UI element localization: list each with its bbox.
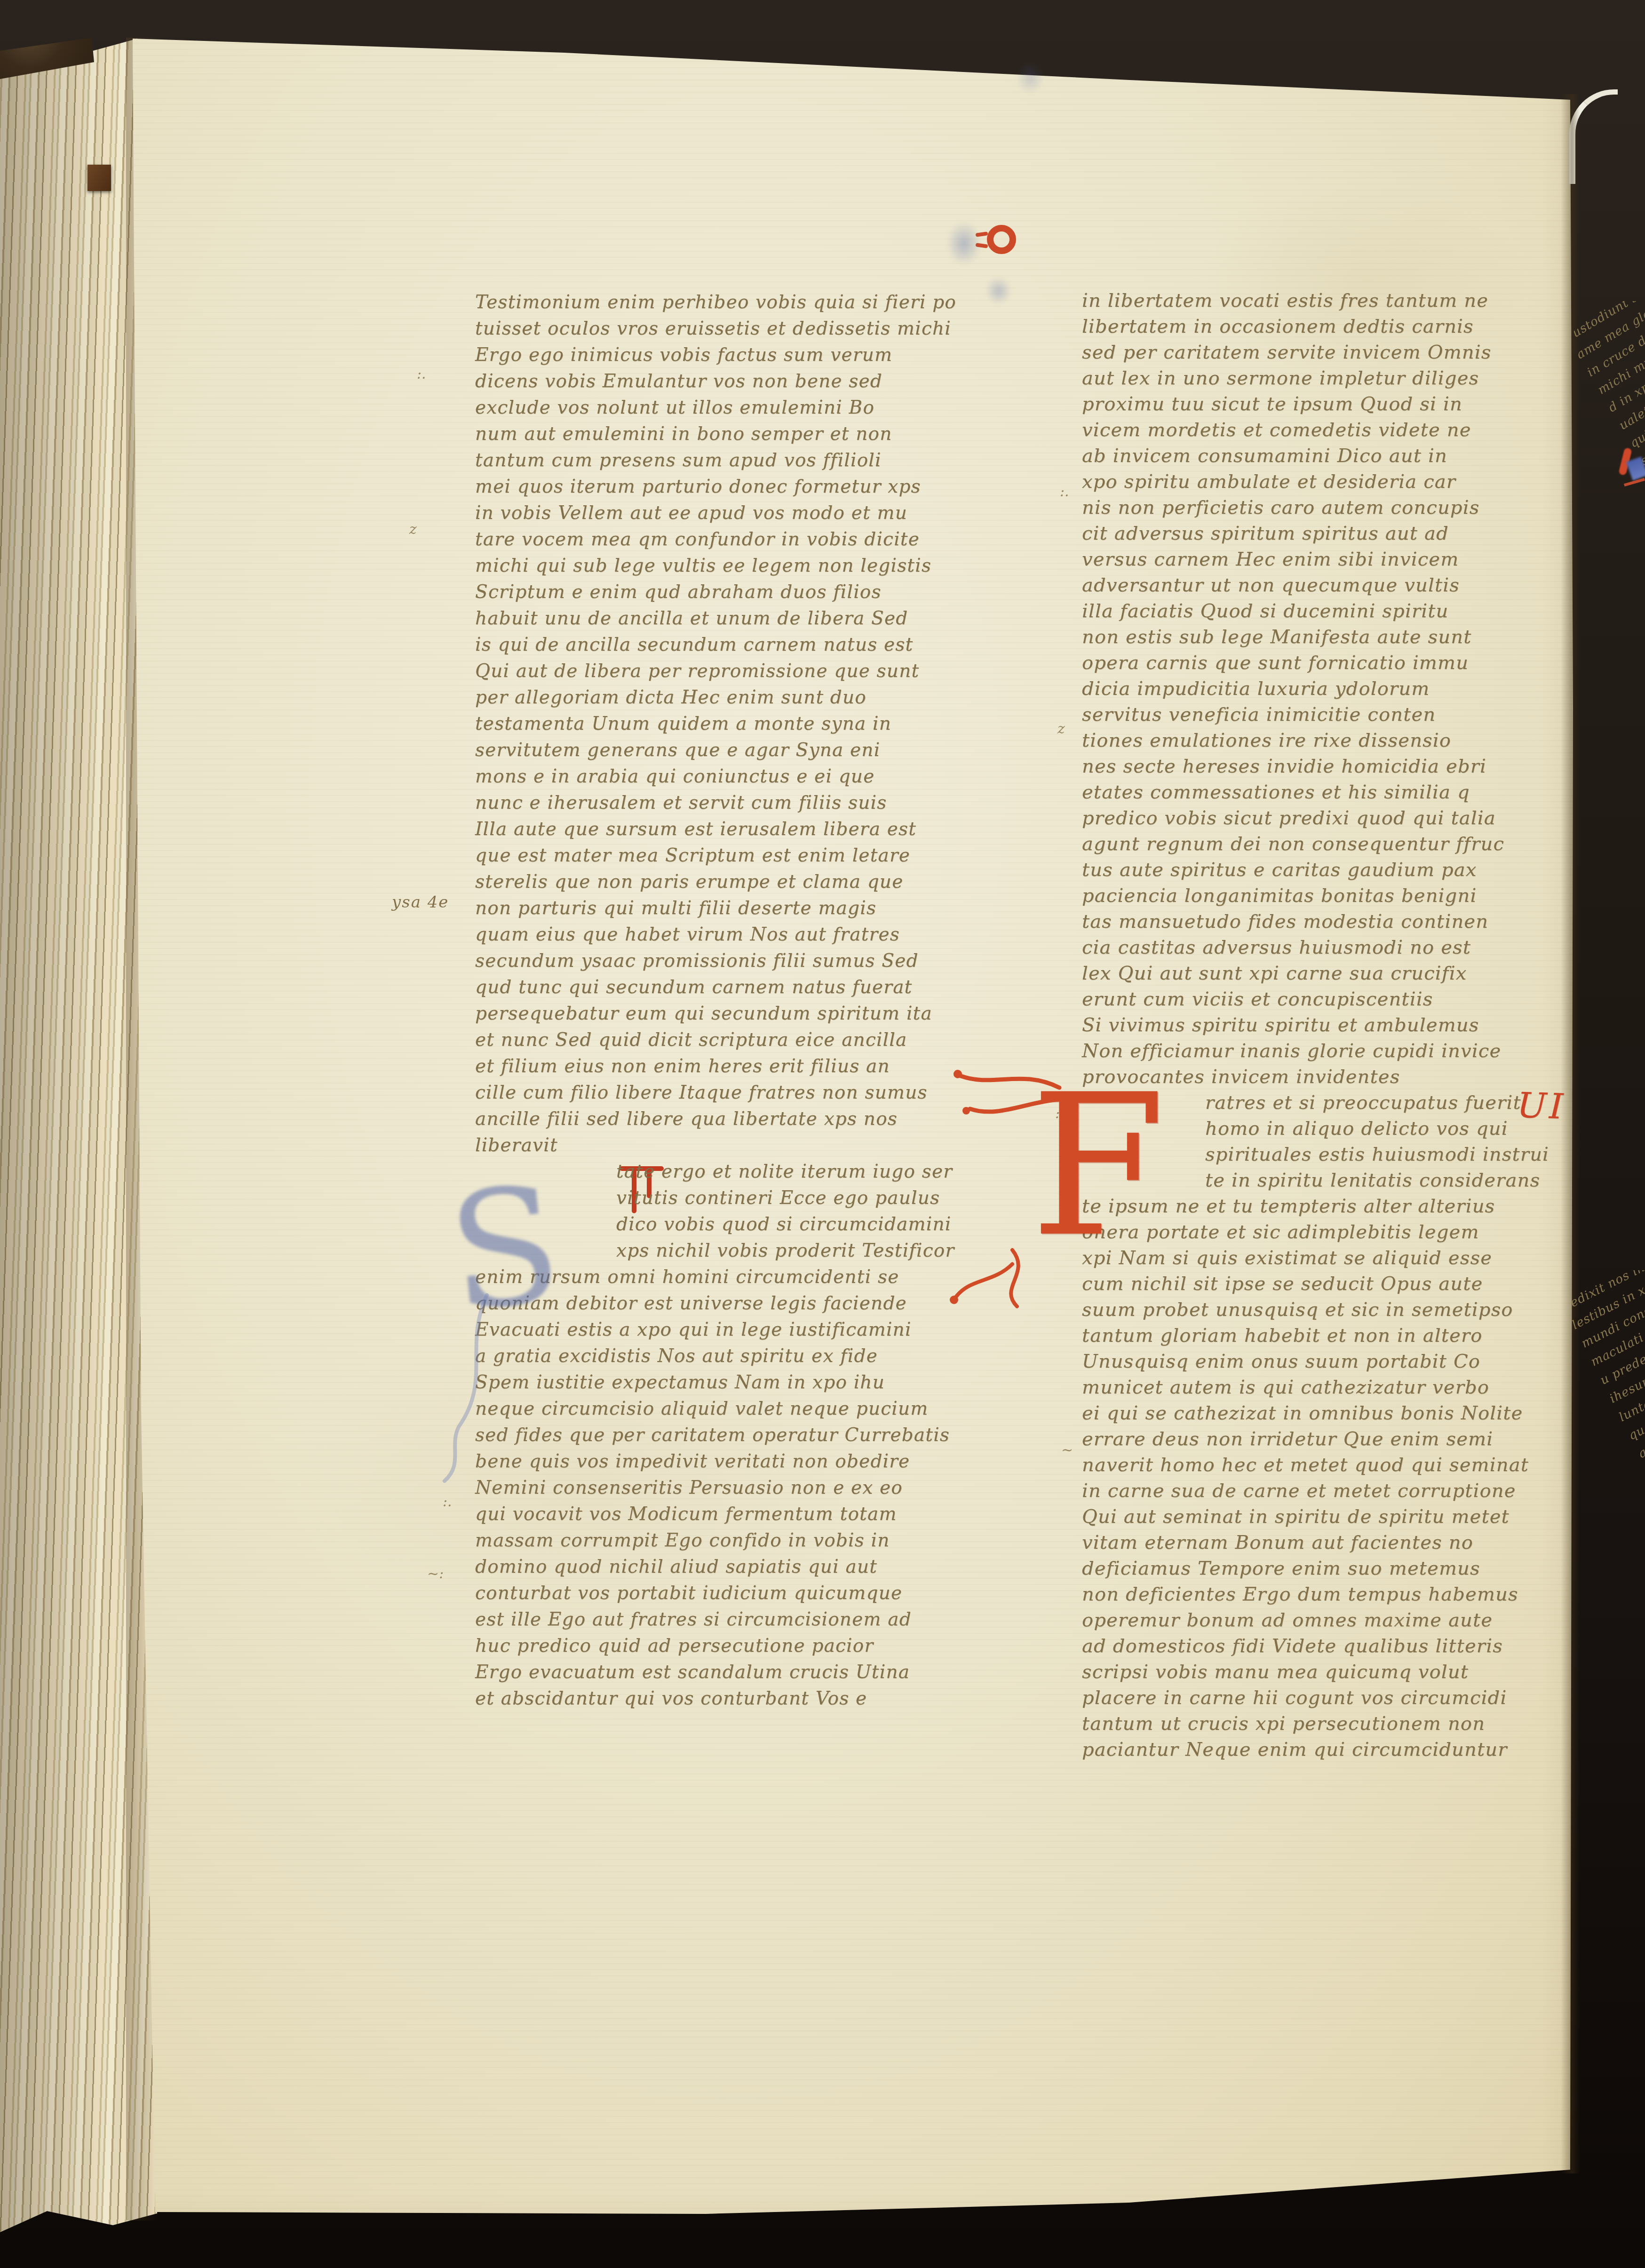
text-line: Si vivimus spiritu spiritu et ambulemus	[1082, 1012, 1529, 1038]
text-line: Ergo evacuatum est scandalum crucis Utin…	[475, 1659, 915, 1686]
text-line: homo in aliquo delicto vos qui	[1205, 1116, 1529, 1142]
text-line: et abscidantur qui vos conturbant Vos e	[475, 1686, 915, 1712]
text-line: suum probet unusquisq et sic in semetips…	[1082, 1297, 1529, 1323]
text-line: is qui de ancilla secundum carnem natus …	[475, 632, 915, 658]
text-line: domino quod nichil aliud sapiatis qui au…	[475, 1554, 915, 1580]
text-line: neque circumcisio aliquid valet neque pu…	[475, 1396, 915, 1422]
text-line: in libertatem vocati estis fres tantum n…	[1082, 288, 1529, 314]
text-line: naverit homo hec et metet quod qui semin…	[1082, 1452, 1529, 1478]
margin-paraph-mark: :.	[1060, 484, 1069, 500]
text-line: servitus veneficia inimicitie conten	[1082, 702, 1529, 728]
text-line: paciencia longanimitas bonitas benigni	[1082, 883, 1529, 909]
text-line: predico vobis sicut predixi quod qui tal…	[1082, 805, 1529, 831]
text-line: ei qui se cathezizat in omnibus bonis No…	[1082, 1401, 1529, 1426]
right-column-inset: F ratres et si preoccupatus fuerithomo i…	[1205, 1090, 1529, 1194]
text-line: dicia impudicitia luxuria ydolorum	[1082, 676, 1529, 702]
text-line: que est mater mea Scriptum est enim leta…	[475, 843, 915, 869]
fore-edge-text-lower: nedixit nos in omlestibus in xpomundi co…	[1571, 1270, 1645, 1745]
text-line: cille cum filio libere Itaque fratres no…	[475, 1080, 915, 1106]
text-line: tuisset oculos vros eruissetis et dediss…	[475, 316, 915, 342]
text-line: tiones emulationes ire rixe dissensio	[1082, 728, 1529, 754]
bookmark-tab	[87, 165, 111, 191]
text-line: tantum ut crucis xpi persecutionem non	[1082, 1711, 1529, 1737]
text-line: sed per caritatem servite invicem Omnis	[1082, 340, 1529, 366]
text-line: bene quis vos impedivit veritati non obe…	[475, 1448, 915, 1475]
text-line: cia castitas adversus huiusmodi no est	[1082, 935, 1529, 961]
blue-ink-smudge	[946, 221, 982, 266]
initial-F-flourish	[942, 1062, 1064, 1325]
text-line: secundum ysaac promissionis filii sumus …	[475, 948, 915, 974]
text-column-right: in libertatem vocati estis fres tantum n…	[1082, 288, 1529, 1763]
margin-paraph-mark: z	[409, 521, 417, 538]
text-line: te in spiritu lenitatis considerans	[1205, 1168, 1529, 1194]
left-column-upper-text: Testimonium enim perhibeo vobis quia si …	[475, 289, 915, 1159]
text-line: est ille Ego aut fratres si circumcision…	[475, 1607, 915, 1633]
text-line: qud tunc qui secundum carnem natus fuera…	[475, 974, 915, 1001]
margin-paraph-mark: :.	[417, 366, 426, 382]
text-line: Spem iustitie expectamus Nam in xpo ihu	[475, 1369, 915, 1396]
text-line: dico vobis quod si circumcidamini	[616, 1211, 915, 1238]
text-line: mons e in arabia qui coniunctus e ei que	[475, 764, 915, 790]
text-line: adversantur ut non quecumque vultis	[1082, 573, 1529, 598]
red-ring-ornament	[987, 225, 1016, 254]
text-line: non deficientes Ergo dum tempus habemus	[1082, 1582, 1529, 1607]
text-line: opera carnis que sunt fornicatio immu	[1082, 650, 1529, 676]
text-line: num aut emulemini in bono semper et non	[475, 421, 915, 447]
text-line: per allegoriam dicta Hec enim sunt duo	[475, 684, 915, 711]
text-line: errare deus non irridetur Que enim semi	[1082, 1426, 1529, 1452]
text-line: tantum gloriam habebit et non in altero	[1082, 1323, 1529, 1349]
text-line: nes secte hereses invidie homicidia ebri	[1082, 754, 1529, 780]
text-line: proximu tuu sicut te ipsum Quod si in	[1082, 391, 1529, 417]
margin-paraph-mark: z	[1057, 721, 1065, 737]
margin-paraph-mark: ~:	[427, 1566, 444, 1582]
text-line: vitutis contineri Ecce ego paulus	[616, 1185, 915, 1211]
text-line: sed fides que per caritatem operatur Cur…	[475, 1422, 915, 1448]
text-line: versus carnem Hec enim sibi invicem	[1082, 547, 1529, 573]
text-line: lex Qui aut sunt xpi carne sua crucifix	[1082, 961, 1529, 987]
text-line: libertatem in occasionem dedtis carnis	[1082, 314, 1529, 340]
text-line: et nunc Sed quid dicit scriptura eice an…	[475, 1027, 915, 1053]
text-line: non estis sub lege Manifesta aute sunt	[1082, 624, 1529, 650]
text-line: a gratia excidistis Nos aut spiritu ex f…	[475, 1343, 915, 1369]
text-line: ratres et si preoccupatus fuerit	[1205, 1090, 1529, 1116]
text-line: Testimonium enim perhibeo vobis quia si …	[475, 289, 915, 316]
manuscript-photo: ysa 4e :. z :. ~: :. z :. ~ Testimonium …	[0, 0, 1645, 2268]
text-line: xpo spiritu ambulate et desideria car	[1082, 469, 1529, 495]
text-line: massam corrumpit Ego confido in vobis in	[475, 1528, 915, 1554]
text-line: in vobis Vellem aut ee apud vos modo et …	[475, 500, 915, 526]
text-line: sterelis que non paris erumpe et clama q…	[475, 869, 915, 895]
text-line: huc predico quid ad persecutione pacior	[475, 1633, 915, 1659]
text-line: tare vocem mea qm confundor in vobis dic…	[475, 526, 915, 553]
text-line: mei quos iterum parturio donec formetur …	[475, 474, 915, 500]
text-line: qui vocavit vos Modicum fermentum totam	[475, 1501, 915, 1528]
text-line: tus aute spiritus e caritas gaudium pax	[1082, 857, 1529, 883]
text-line: et filium eius non enim heres erit filiu…	[475, 1053, 915, 1080]
text-line: Scriptum e enim qud abraham duos filios	[475, 579, 915, 605]
left-column-inset-text: tate ergo et nolite iterum iugo servitut…	[616, 1159, 915, 1264]
text-line: conturbat vos portabit iudicium quicumqu…	[475, 1580, 915, 1607]
text-line: in carne sua de carne et metet corruptio…	[1082, 1478, 1529, 1504]
text-line: aut lex in uno sermone impletur diliges	[1082, 366, 1529, 391]
text-line: cit adversus spiritum spiritus aut ad	[1082, 521, 1529, 547]
text-line: Unusquisq enim onus suum portabit Co	[1082, 1349, 1529, 1375]
margin-note-isaiah: ysa 4e	[392, 893, 449, 912]
margin-paraph-mark: ~	[1061, 1442, 1073, 1458]
text-line: michi qui sub lege vultis ee legem non l…	[475, 553, 915, 579]
text-line: testamenta Unum quidem a monte syna in	[475, 711, 915, 737]
text-line: Nemini consenseritis Persuasio non e ex …	[475, 1475, 915, 1501]
right-column-upper-text: in libertatem vocati estis fres tantum n…	[1082, 288, 1529, 1090]
text-line: non parturis qui multi filii deserte mag…	[475, 895, 915, 922]
margin-paraph-mark: :.	[443, 1494, 452, 1510]
text-line: tantum cum presens sum apud vos ffilioli	[475, 447, 915, 474]
text-line: tate ergo et nolite iterum iugo ser	[616, 1159, 915, 1185]
text-line: Qui aut seminat in spiritu de spiritu me…	[1082, 1504, 1529, 1530]
text-line: Qui aut de libera per repromissione que …	[475, 658, 915, 684]
text-line: erunt cum viciis et concupiscentiis	[1082, 987, 1529, 1012]
blue-ink-smudge	[985, 277, 1011, 305]
text-line: quam eius que habet virum Nos aut fratre…	[475, 922, 915, 948]
right-column-inset-text: ratres et si preoccupatus fuerithomo in …	[1205, 1090, 1529, 1194]
text-line: placere in carne hii cogunt vos circumci…	[1082, 1685, 1529, 1711]
text-line: Ergo ego inimicus vobis factus sum verum	[475, 342, 915, 368]
blue-ink-smudge	[1016, 61, 1044, 94]
text-line: spirituales estis huiusmodi instrui	[1205, 1142, 1529, 1168]
text-line: illa faciatis Quod si ducemini spiritu	[1082, 598, 1529, 624]
text-line: Illa aute que sursum est ierusalem liber…	[475, 816, 915, 843]
text-line: scripsi vobis manu mea quicumq volut	[1082, 1659, 1529, 1685]
text-line: municet autem is qui cathezizatur verbo	[1082, 1375, 1529, 1401]
text-line: deficiamus Tempore enim suo metemus	[1082, 1556, 1529, 1582]
text-line: ancille filii sed libere qua libertate x…	[475, 1106, 915, 1132]
text-line: nunc e iherusalem et servit cum filiis s…	[475, 790, 915, 816]
left-column-inset: S tate ergo et nolite iterum iugo servit…	[616, 1159, 915, 1264]
text-column-left: Testimonium enim perhibeo vobis quia si …	[475, 289, 915, 1712]
text-line: habuit unu de ancilla et unum de libera …	[475, 605, 915, 632]
text-line: persequebatur eum qui secundum spiritum …	[475, 1001, 915, 1027]
text-line: nis non perficietis caro autem concupis	[1082, 495, 1529, 521]
text-line: vicem mordetis et comedetis videte ne	[1082, 417, 1529, 443]
text-line: etates commessationes et his similia q	[1082, 780, 1529, 805]
text-line: ab invicem consumamini Dico aut in	[1082, 443, 1529, 469]
text-line: paciantur Neque enim qui circumciduntur	[1082, 1737, 1529, 1763]
text-line: exclude vos nolunt ut illos emulemini Bo	[475, 395, 915, 421]
initial-S-flourish	[430, 1290, 506, 1488]
text-line: agunt regnum dei non consequentur ffruc	[1082, 831, 1529, 857]
text-line: xps nichil vobis proderit Testificor	[616, 1238, 915, 1264]
text-line: dicens vobis Emulantur vos non bene sed	[475, 368, 915, 395]
text-line: vitam eternam Bonum aut facientes no	[1082, 1530, 1529, 1556]
text-line: ad domesticos fidi Videte qualibus litte…	[1082, 1633, 1529, 1659]
text-line: operemur bonum ad omnes maxime aute	[1082, 1607, 1529, 1633]
text-line: tas mansuetudo fides modestia continen	[1082, 909, 1529, 935]
text-line: servitutem generans que e agar Syna eni	[475, 737, 915, 764]
